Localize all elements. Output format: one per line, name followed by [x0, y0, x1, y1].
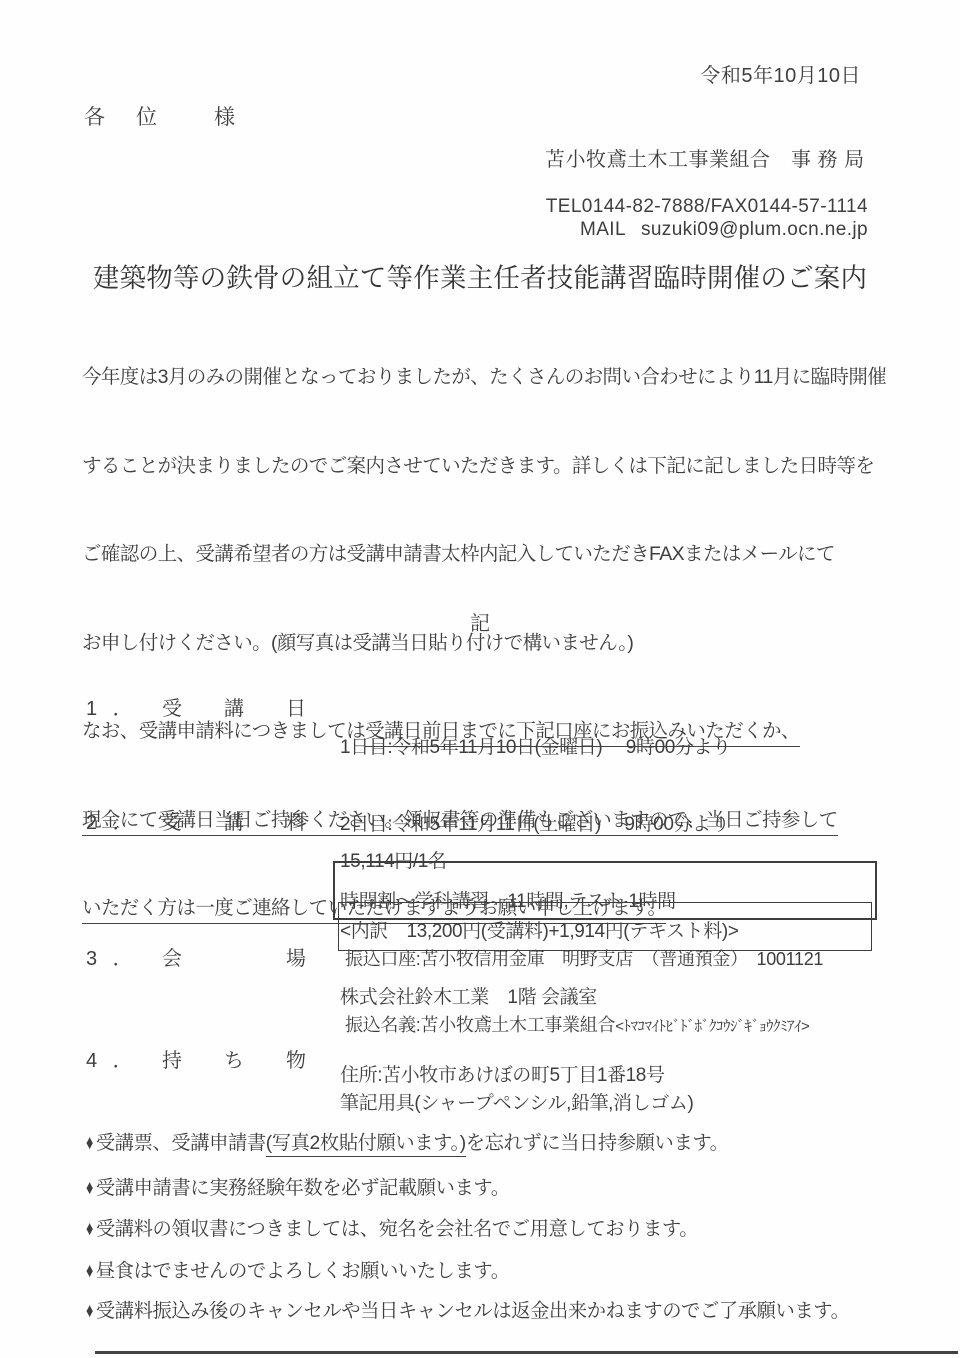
item-title: 受 講 日 [162, 698, 317, 720]
course-day1: 1日目:令和5年11月10日(金曜日) 9時00分より [340, 736, 731, 769]
note-experience-years: ♦受講申請書に実務経験年数を必ず記載願います。 [86, 1172, 510, 1200]
recipient-line: 各 位 様 [84, 101, 240, 131]
venue-name: 株式会社鈴木工業 1階 会議室 [340, 986, 665, 1020]
item-label-course-date: 1 ．受 講 日 [86, 692, 317, 721]
mail-label: MAIL [580, 219, 626, 240]
sender-tel-fax: TEL0144-82-7888/FAX0144-57-1114 [546, 196, 868, 218]
bank-transfer-box: 振込口座:苫小牧信用金庫 明野支店 （普通預金） 1001121 振込名義:苫小… [333, 861, 877, 920]
diamond-bullet-icon: ♦ [86, 1300, 93, 1323]
item-label-belongings: 4 ．持 ち 物 [86, 1044, 317, 1073]
note-receipt: ♦受講料の領収書につきましては、宛名を会社名でご用意しております。 [86, 1213, 698, 1241]
body-line: ご確認の上、受講希望者の方は受講申請書太枠内記入していただきFAXまたはメールに… [82, 533, 886, 576]
item-number: 3 ． [86, 942, 162, 971]
document-title: 建築物等の鉄骨の組立て等作業主任者技能講習臨時開催のご案内 [0, 256, 960, 295]
note-no-refund: ♦受講料振込み後のキャンセルや当日キャンセルは返金出来かねますのでご了承願います… [86, 1295, 850, 1323]
diamond-bullet-icon: ♦ [86, 1218, 93, 1241]
scanned-document-page: 令和5年10月10日 各 位 様 苫小牧鳶土木工事業組合 事 務 局 TEL01… [0, 0, 960, 1358]
diamond-bullet-icon: ♦ [86, 1260, 93, 1283]
body-line: 今年度は3月のみの開催となっておりましたが、たくさんのお問い合わせにより11月に… [82, 356, 886, 399]
document-date: 令和5年10月10日 [700, 59, 861, 88]
item-title: 持 ち 物 [162, 1050, 317, 1072]
note-no-lunch: ♦昼食はでませんのでよろしくお願いいたします。 [86, 1255, 510, 1283]
sender-organization: 苫小牧鳶土木工事業組合 事 務 局 [545, 143, 865, 172]
scan-edge-artifact [95, 1351, 958, 1354]
item-label-venue: 3 ．会 場 [86, 942, 317, 971]
item-number: 2 ． [86, 806, 162, 835]
note-bring-documents: ♦受講票、受講申請書(写真2枚貼付願います。)を忘れずに当日持参願います。 [86, 1127, 729, 1155]
sender-email: suzuki09@plum.ocn.ne.jp [641, 219, 868, 240]
diamond-bullet-icon: ♦ [86, 1132, 93, 1155]
item-number: 1 ． [86, 692, 162, 721]
item-title: 受 講 料 [162, 812, 317, 834]
item-label-course-fee: 2 ．受 講 料 [86, 806, 317, 835]
body-line: することが決まりましたのでご案内させていただきます。詳しくは下記に記しました日時… [82, 445, 886, 488]
belongings-line: 筆記用具(シャープペンシル,鉛筆,消しゴム) [340, 1088, 693, 1115]
sender-mail-line: MAILsuzuki09@plum.ocn.ne.jp [580, 219, 868, 241]
diamond-bullet-icon: ♦ [86, 1177, 93, 1200]
item-number: 4 ． [86, 1044, 162, 1073]
item-title: 会 場 [162, 948, 317, 970]
ki-heading: 記 [0, 607, 960, 636]
